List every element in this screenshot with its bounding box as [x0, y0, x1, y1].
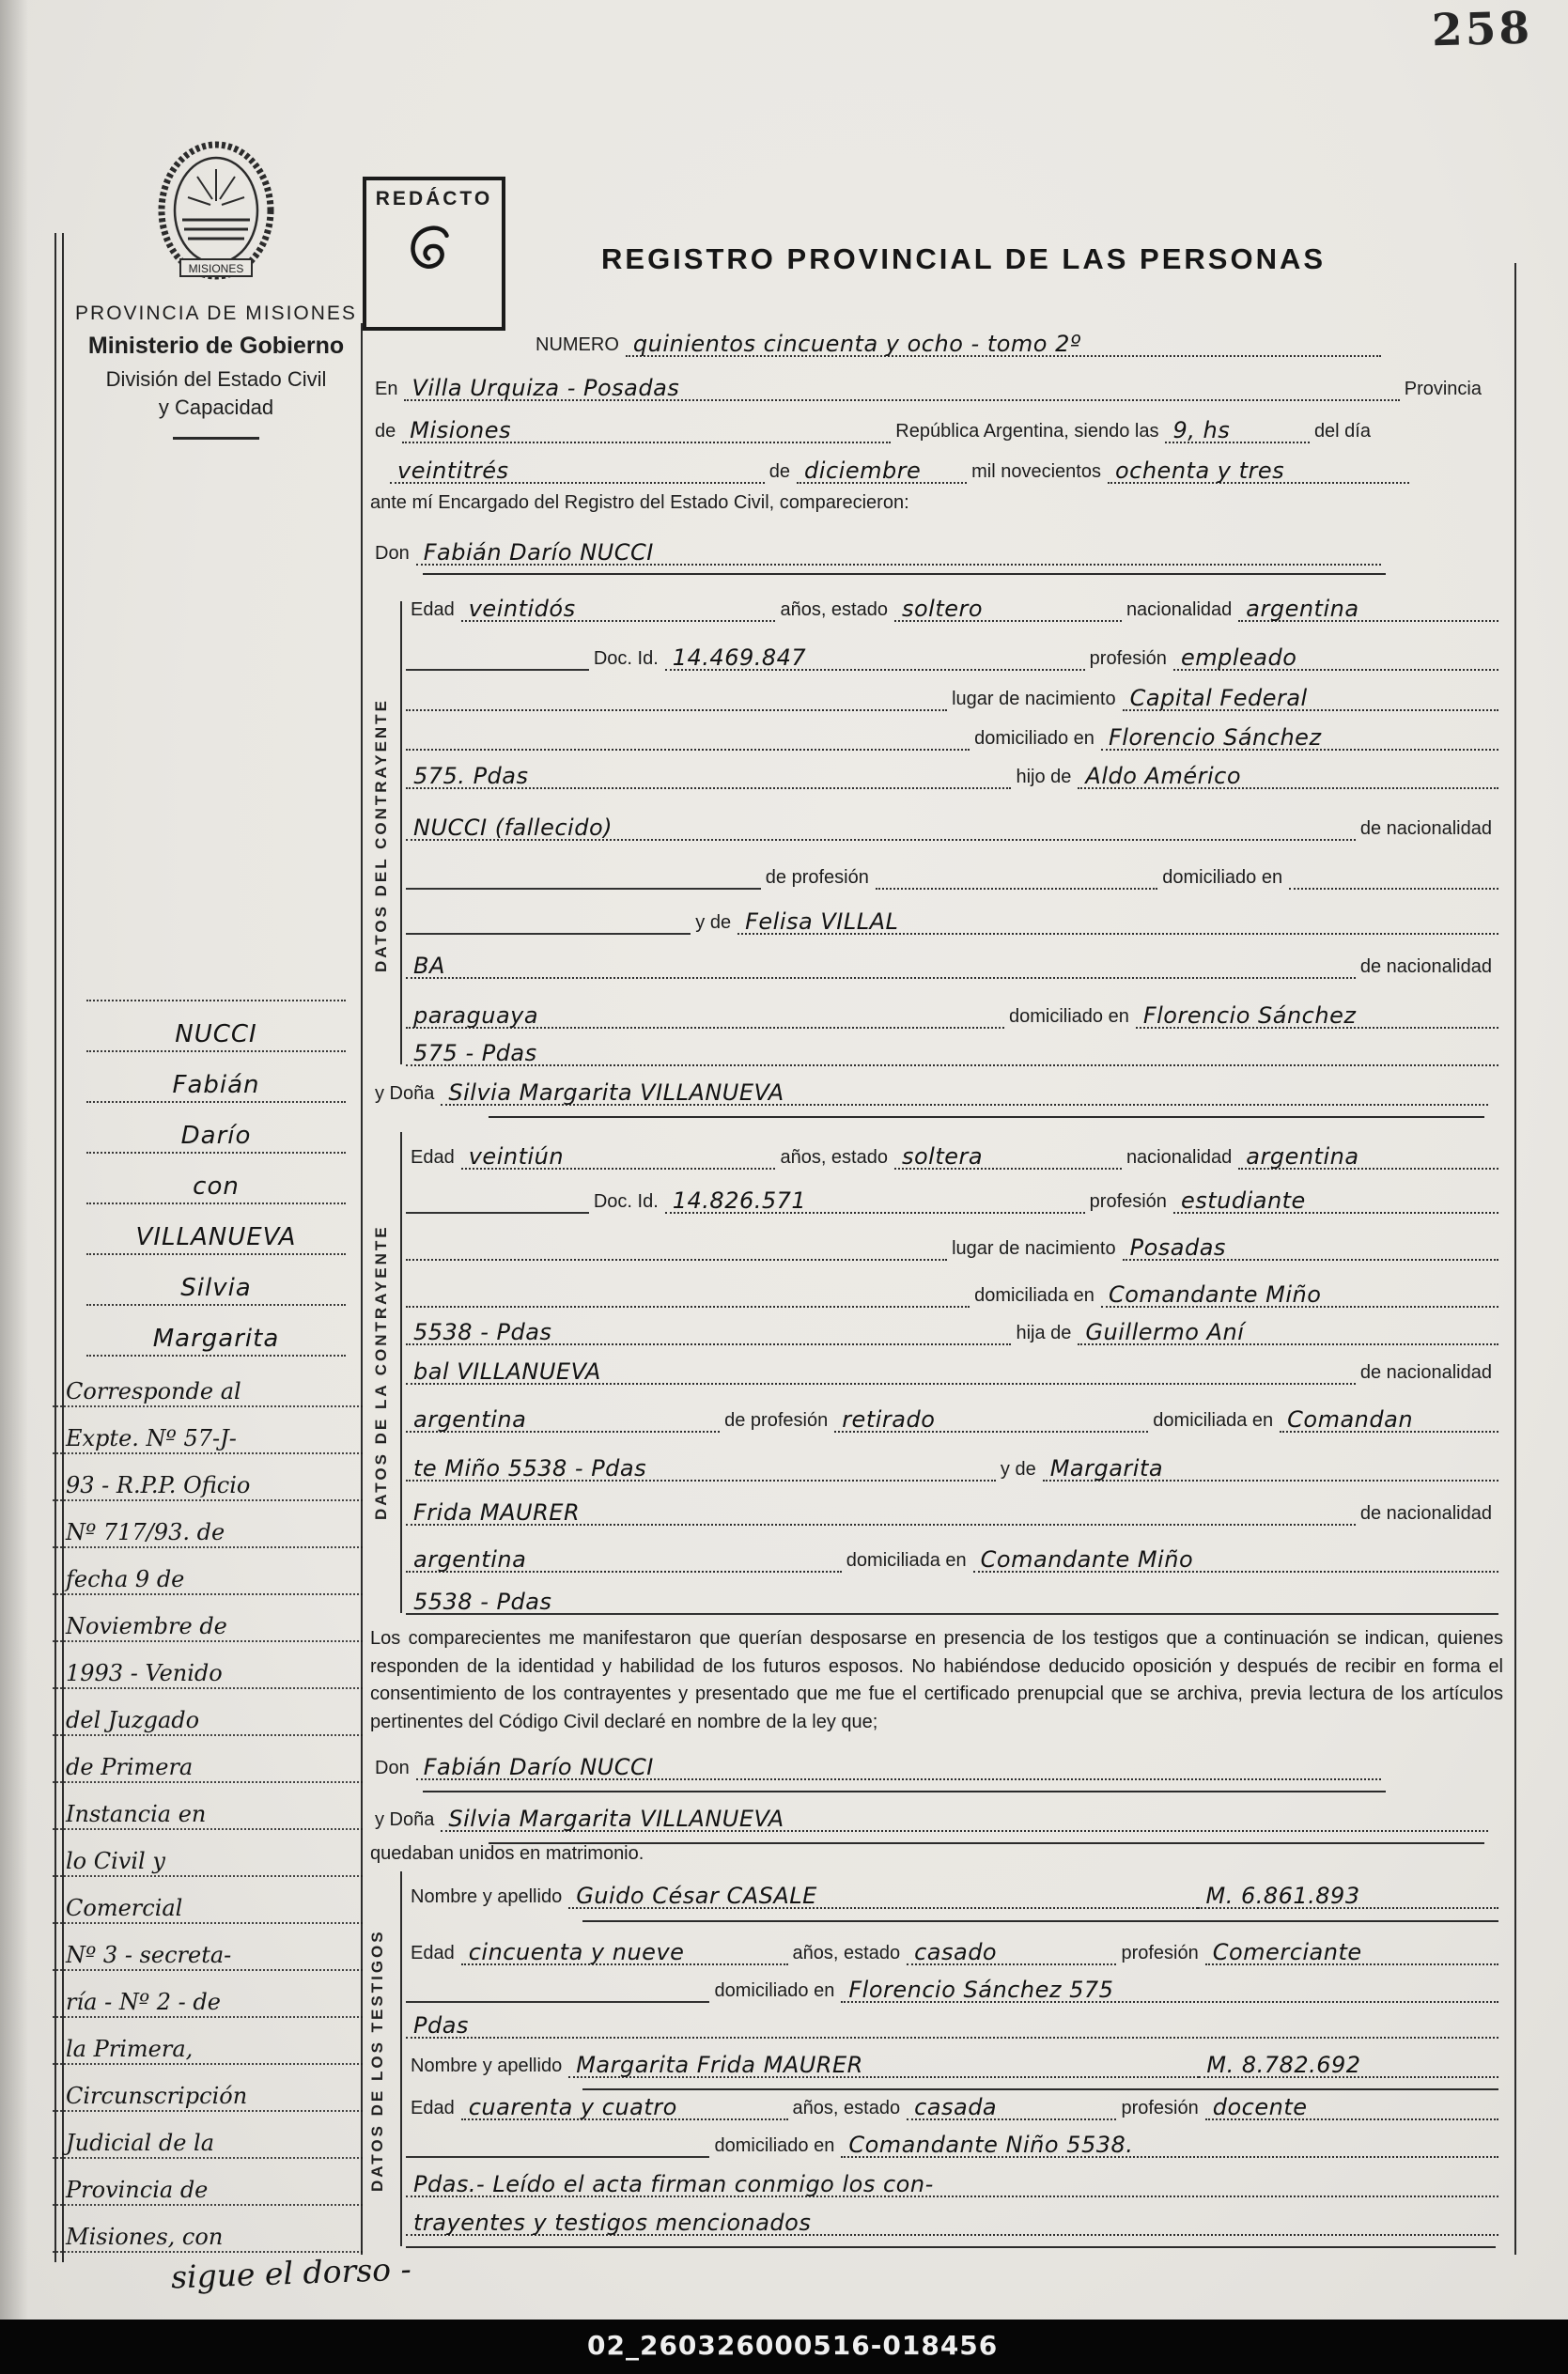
don-label: Don: [370, 1759, 416, 1780]
field-witness2-domicilio: domiciliado en Comandante Niño 5538.: [406, 2120, 1498, 2158]
redacto-label: REDÁCTO: [366, 188, 502, 210]
witness2-edad-value: cuarenta y cuatro: [461, 2096, 788, 2120]
field-groom-nacimiento: lugar de nacimiento Capital Federal: [406, 674, 1498, 711]
mil-novecientos-label: mil novecientos: [967, 462, 1108, 484]
witness1-estado-value: casado: [907, 1941, 1116, 1965]
letterhead-line-4: y Capacidad: [66, 396, 366, 420]
y-de-label: y de: [691, 913, 737, 935]
field-don-contrayente: Don Fabián Darío NUCCI: [370, 528, 1381, 566]
ruled-line: [406, 2246, 1496, 2248]
margin-note-line: la Primera,: [53, 2018, 363, 2065]
doc-id-label: Doc. Id.: [589, 649, 665, 671]
letterhead-line-2: Ministerio de Gobierno: [66, 333, 366, 360]
field-witness1-domicilio2: Pdas: [406, 2001, 1498, 2039]
margin-note-line: Comercial: [53, 1877, 363, 1924]
cierre1-value: Pdas.- Leído el acta firman conmigo los …: [406, 2173, 1498, 2197]
groom-estado-value: soltero: [894, 597, 1122, 622]
field-cierre-line1: Pdas.- Leído el acta firman conmigo los …: [406, 2160, 1498, 2197]
declaration-don-value: Fabián Darío NUCCI: [416, 1756, 1381, 1780]
field-fecha: veintitrés de diciembre mil novecientos …: [390, 446, 1409, 484]
anos-estado-label: años, estado: [788, 1944, 908, 1965]
blank-line: [406, 1259, 947, 1261]
field-numero: NUMERO quinientos cincuenta y ocho - tom…: [531, 319, 1381, 357]
field-bride-domicilio2-hija: 5538 - Pdas hija de Guillermo Aní: [406, 1308, 1498, 1345]
letterhead-line-3: División del Estado Civil: [66, 367, 366, 392]
bride-domicilio-value: Comandante Miño: [1101, 1283, 1498, 1308]
ante-mi-line: ante mí Encargado del Registro del Estad…: [370, 492, 909, 514]
groom-madre-nacionalidad-value: paraguaya: [406, 1004, 1004, 1029]
bride-padre-nacionalidad-value: argentina: [406, 1408, 720, 1433]
field-groom-documento: Doc. Id. 14.469.847 profesión empleado: [406, 633, 1498, 671]
witness1-domicilio-value: Florencio Sánchez 575: [841, 1978, 1498, 2003]
groom-edad-value: veintidós: [461, 597, 776, 622]
field-bride-madre-domicilio2: 5538 - Pdas: [406, 1577, 1498, 1615]
letterhead: MISIONES PROVINCIA DE MISIONES Ministeri…: [66, 141, 366, 440]
field-declaration-don: Don Fabián Darío NUCCI: [370, 1743, 1381, 1780]
blank-line: [1289, 888, 1498, 890]
margin-note-line: Nº 717/93. de: [53, 1501, 363, 1548]
margin-note-line: Expte. Nº 57-J-: [53, 1407, 363, 1454]
field-bride-edad: Edad veintiún años, estado soltera nacio…: [406, 1132, 1498, 1170]
bride-padre-domicilio2-value: te Miño 5538 - Pdas: [406, 1457, 996, 1482]
hija-de-label: hija de: [1011, 1324, 1078, 1345]
anos-estado-label: años, estado: [775, 600, 894, 622]
bride-section-vertical-label: DATOS DE LA CONTRAYENTE: [372, 1135, 391, 1609]
groom-domicilio-value: Florencio Sánchez: [1101, 726, 1498, 751]
field-bride-domicilio: domiciliada en Comandante Miño: [406, 1270, 1498, 1308]
bride-madre-domicilio2-value: 5538 - Pdas: [406, 1590, 1498, 1615]
lugar-nacimiento-label: lugar de nacimiento: [947, 1239, 1123, 1261]
mes-value: diciembre: [797, 459, 967, 484]
bride-madre-domicilio-value: Comandante Miño: [973, 1548, 1498, 1573]
bride-section-bracket: [400, 1132, 402, 1613]
margin-caption-line: Margarita: [86, 1306, 346, 1357]
margin-caption-line: con: [86, 1154, 346, 1204]
margin-note-line: Nº 3 - secreta-: [53, 1924, 363, 1971]
ruled-line: [489, 1116, 1484, 1118]
anos-estado-label: años, estado: [788, 2099, 908, 2120]
lugar-nacimiento-label: lugar de nacimiento: [947, 690, 1123, 711]
nacionalidad-label: nacionalidad: [1122, 1148, 1238, 1170]
bride-doc-value: 14.826.571: [665, 1189, 1085, 1214]
witness2-profesion-value: docente: [1205, 2096, 1498, 2120]
de-nacionalidad-label: de nacionalidad: [1356, 819, 1498, 841]
margin-caption-line: Fabián: [86, 1052, 346, 1103]
margin-note-line: Instancia en: [53, 1783, 363, 1830]
nombre-apellido-label: Nombre y apellido: [406, 2056, 568, 2078]
field-declaration-dona: y Doña Silvia Margarita VILLANUEVA: [370, 1794, 1488, 1832]
scan-left-shadow: [0, 0, 28, 2374]
groom-madre-value: Felisa VILLAL: [737, 910, 1498, 935]
domiciliado-en-label: domiciliado en: [1157, 868, 1289, 890]
declaration-paragraph: Los comparecientes me manifestaron que q…: [370, 1625, 1503, 1736]
bride-padre-value: Guillermo Aní: [1078, 1321, 1498, 1345]
bride-madre-value: Margarita: [1043, 1457, 1498, 1482]
field-groom-domicilio: domiciliado en Florencio Sánchez: [406, 713, 1498, 751]
groom-madre-domicilio-value: Florencio Sánchez: [1136, 1004, 1498, 1029]
field-groom-edad: Edad veintidós años, estado soltero naci…: [406, 584, 1498, 622]
edad-label: Edad: [406, 2099, 461, 2120]
field-bride-padre-domicilio2: te Miño 5538 - Pdas y de Margarita: [406, 1444, 1498, 1482]
continuation-note: sigue el dorso -: [170, 2251, 411, 2296]
margin-note-line: lo Civil y: [53, 1830, 363, 1877]
field-en-lugar: En Villa Urquiza - Posadas Provincia: [370, 364, 1488, 401]
scanned-marriage-act-page: 258 MISIONES PROVINCIA DE MISIONES Minis…: [0, 0, 1568, 2374]
field-witness1-edad: Edad cincuenta y nueve años, estado casa…: [406, 1928, 1498, 1965]
groom-doc-value: 14.469.847: [665, 646, 1085, 671]
domiciliada-en-label: domiciliada en: [970, 1286, 1101, 1308]
margin-note-line: 1993 - Venido: [53, 1642, 363, 1689]
profesion-label: profesión: [1085, 649, 1173, 671]
numero-value: quinientos cincuenta y ocho - tomo 2º: [626, 333, 1381, 357]
blank-line: [406, 749, 970, 751]
nombre-apellido-label: Nombre y apellido: [406, 1887, 568, 1909]
de-label: de: [370, 422, 402, 443]
margin-note-line: Judicial de la: [53, 2112, 363, 2159]
bride-madre-nacionalidad-value: argentina: [406, 1548, 842, 1573]
blank-line: [876, 888, 1157, 890]
field-groom-padre2: NUCCI (fallecido) de nacionalidad: [406, 803, 1498, 841]
ruled-line: [582, 1920, 1498, 1922]
anio-value: ochenta y tres: [1108, 459, 1409, 484]
profesion-label: profesión: [1116, 2099, 1204, 2120]
de-nacionalidad-label: de nacionalidad: [1356, 957, 1498, 979]
margin-note-line: Misiones, con: [53, 2206, 363, 2253]
field-bride-nacimiento: lugar de nacimiento Posadas: [406, 1223, 1498, 1261]
provincia-label: Provincia: [1400, 380, 1488, 401]
domiciliado-en-label: domiciliado en: [709, 2136, 841, 2158]
de-profesion-label: de profesión: [761, 868, 876, 890]
groom-madre2-value: BA: [406, 954, 1356, 979]
margin-note-line: fecha 9 de: [53, 1548, 363, 1595]
de-nacionalidad-label: de nacionalidad: [1356, 1504, 1498, 1526]
hijo-de-label: hijo de: [1011, 768, 1078, 789]
hora-value: 9, hs: [1165, 419, 1309, 443]
field-groom-madre2: BA de nacionalidad: [406, 941, 1498, 979]
en-label: En: [370, 380, 404, 401]
y-dona-label: y Doña: [370, 1084, 441, 1106]
margin-note-line: de Primera: [53, 1736, 363, 1783]
groom-padre2-value: NUCCI (fallecido): [406, 816, 1356, 841]
field-bride-madre2: Frida MAURER de nacionalidad: [406, 1488, 1498, 1526]
misiones-seal: MISIONES: [156, 141, 276, 289]
profesion-label: profesión: [1085, 1192, 1173, 1214]
field-witness1-nombre: Nombre y apellido Guido César CASALE M. …: [406, 1871, 1498, 1909]
groom-madre-domicilio2-value: 575 - Pdas: [406, 1042, 1498, 1066]
field-cierre-line2: trayentes y testigos mencionados: [406, 2198, 1498, 2236]
field-bride-madre-domicilio: argentina domiciliada en Comandante Miño: [406, 1535, 1498, 1573]
doc-id-label: Doc. Id.: [589, 1192, 665, 1214]
domiciliado-en-label: domiciliado en: [1004, 1007, 1136, 1029]
edad-label: Edad: [406, 1148, 461, 1170]
scan-code: 02_260326000516-018456: [587, 2330, 998, 2361]
letterhead-line-1: PROVINCIA DE MISIONES: [66, 303, 366, 325]
union-statement: quedaban unidos en matrimonio.: [370, 1843, 644, 1865]
lugar-value: Villa Urquiza - Posadas: [404, 377, 1399, 401]
right-border-line: [1514, 263, 1516, 2255]
numero-label: NUMERO: [531, 335, 626, 357]
margin-caption-line: Silvia: [86, 1255, 346, 1306]
dona-nombre-value: Silvia Margarita VILLANUEVA: [441, 1081, 1488, 1106]
y-dona-label: y Doña: [370, 1810, 441, 1832]
bride-padre-profesion-value: retirado: [834, 1408, 1148, 1433]
witness-section-vertical-label: DATOS DE LOS TESTIGOS: [368, 1877, 387, 2243]
margin-note-line: Noviembre de: [53, 1595, 363, 1642]
witness1-domicilio2-value: Pdas: [406, 2014, 1498, 2039]
witness1-profesion-value: Comerciante: [1205, 1941, 1498, 1965]
y-de-label: y de: [996, 1460, 1043, 1482]
del-dia-label: del día: [1310, 422, 1377, 443]
scan-bottom-bar: 02_260326000516-018456: [0, 2320, 1568, 2374]
blank-line: [406, 1212, 589, 1214]
margin-caption-line: NUCCI: [86, 1001, 346, 1052]
edad-label: Edad: [406, 600, 461, 622]
witness2-estado-value: casada: [907, 2096, 1116, 2120]
seal-banner-text: MISIONES: [189, 262, 244, 275]
field-bride-documento: Doc. Id. 14.826.571 profesión estudiante: [406, 1176, 1498, 1214]
don-label: Don: [370, 544, 416, 566]
margin-caption-block: NUCCI Fabián Darío con VILLANUEVA Silvia…: [86, 951, 346, 1357]
domiciliada-en-label: domiciliada en: [842, 1551, 973, 1573]
bride-nacionalidad-value: argentina: [1238, 1145, 1498, 1170]
republica-label: República Argentina, siendo las: [891, 422, 1165, 443]
field-bride-padre2: bal VILLANUEVA de nacionalidad: [406, 1347, 1498, 1385]
field-de-provincia: de Misiones República Argentina, siendo …: [370, 406, 1377, 443]
field-groom-madre-nacionalidad: paraguaya domiciliado en Florencio Sánch…: [406, 991, 1498, 1029]
domiciliada-en-label: domiciliada en: [1148, 1411, 1280, 1433]
groom-profesion-value: empleado: [1173, 646, 1498, 671]
margin-caption-line: Darío: [86, 1103, 346, 1154]
page-number: 258: [1431, 3, 1533, 57]
declaration-dona-value: Silvia Margarita VILLANUEVA: [441, 1808, 1488, 1832]
groom-nacionalidad-value: argentina: [1238, 597, 1498, 622]
field-groom-domicilio2-hijo: 575. Pdas hijo de Aldo Américo: [406, 752, 1498, 789]
ruled-line: [423, 573, 1386, 575]
de-mes-label: de: [765, 462, 797, 484]
blank-line: [406, 2156, 709, 2158]
field-groom-madre-domicilio2: 575 - Pdas: [406, 1029, 1498, 1066]
field-witness2-nombre: Nombre y apellido Margarita Frida MAURER…: [406, 2040, 1498, 2078]
form-title: REGISTRO PROVINCIAL DE LAS PERSONAS: [601, 242, 1362, 276]
witness2-nombre-value: Margarita Frida MAURER: [568, 2054, 1199, 2078]
de-profesion-label: de profesión: [720, 1411, 834, 1433]
groom-padre-value: Aldo Américo: [1078, 765, 1498, 789]
blank-line: [406, 933, 691, 935]
edad-label: Edad: [406, 1944, 461, 1965]
margin-note-line: Provincia de: [53, 2159, 363, 2206]
margin-note-line: Circunscripción: [53, 2065, 363, 2112]
bride-madre2-value: Frida MAURER: [406, 1501, 1356, 1526]
margin-ruled-line: [86, 951, 346, 1001]
witness-section-bracket: [400, 1871, 402, 2246]
redacto-script-e-mark: [392, 210, 476, 295]
nacionalidad-label: nacionalidad: [1122, 600, 1238, 622]
field-witness2-edad: Edad cuarenta y cuatro años, estado casa…: [406, 2083, 1498, 2120]
witness2-matricula-value: M. 8.782.692: [1199, 2054, 1498, 2078]
domiciliado-en-label: domiciliado en: [709, 1981, 841, 2003]
groom-section-vertical-label: DATOS DEL CONTRAYENTE: [372, 611, 391, 1060]
don-nombre-value: Fabián Darío NUCCI: [416, 541, 1381, 566]
witness1-matricula-value: M. 6.861.893: [1198, 1885, 1498, 1909]
de-nacionalidad-label: de nacionalidad: [1356, 1363, 1498, 1385]
cierre2-value: trayentes y testigos mencionados: [406, 2211, 1498, 2236]
field-bride-padre-profesion: argentina de profesión retirado domicili…: [406, 1395, 1498, 1433]
provincia-value: Misiones: [402, 419, 891, 443]
field-groom-madre: y de Felisa VILLAL: [406, 897, 1498, 935]
bride-edad-value: veintiún: [461, 1145, 776, 1170]
witness1-nombre-value: Guido César CASALE: [568, 1885, 1198, 1909]
groom-domicilio2-value: 575. Pdas: [406, 765, 1011, 789]
margin-caption-line: VILLANUEVA: [86, 1204, 346, 1255]
bride-estado-value: soltera: [894, 1145, 1122, 1170]
margin-note-line: del Juzgado: [53, 1689, 363, 1736]
domiciliado-en-label: domiciliado en: [970, 729, 1101, 751]
redacto-stamp-box: REDÁCTO: [363, 177, 505, 331]
blank-line: [406, 669, 589, 671]
field-dona-contrayente: y Doña Silvia Margarita VILLANUEVA: [370, 1068, 1488, 1106]
anos-estado-label: años, estado: [775, 1148, 894, 1170]
letterhead-divider: [173, 437, 259, 440]
blank-line: [406, 888, 761, 890]
dia-value: veintitrés: [390, 459, 765, 484]
blank-line: [406, 709, 947, 711]
bride-nacimiento-value: Posadas: [1123, 1236, 1498, 1261]
margin-note-block: Corresponde al Expte. Nº 57-J- 93 - R.P.…: [53, 1360, 363, 2253]
profesion-label: profesión: [1116, 1944, 1204, 1965]
ruled-line: [423, 1791, 1386, 1792]
groom-section-bracket: [400, 601, 402, 1064]
bride-profesion-value: estudiante: [1173, 1189, 1498, 1214]
witness1-edad-value: cincuenta y nueve: [461, 1941, 788, 1965]
witness2-domicilio-value: Comandante Niño 5538.: [841, 2133, 1498, 2158]
margin-note-line: Corresponde al: [53, 1360, 363, 1407]
field-groom-padre-profesion: de profesión domiciliado en: [406, 852, 1498, 890]
bride-domicilio2-value: 5538 - Pdas: [406, 1321, 1011, 1345]
field-witness1-domicilio: domiciliado en Florencio Sánchez 575: [406, 1965, 1498, 2003]
margin-note-line: 93 - R.P.P. Oficio: [53, 1454, 363, 1501]
bride-padre2-value: bal VILLANUEVA: [406, 1360, 1356, 1385]
margin-note-line: ría - Nº 2 - de: [53, 1971, 363, 2018]
groom-nacimiento-value: Capital Federal: [1123, 687, 1498, 711]
bride-padre-domicilio-value: Comandan: [1280, 1408, 1498, 1433]
